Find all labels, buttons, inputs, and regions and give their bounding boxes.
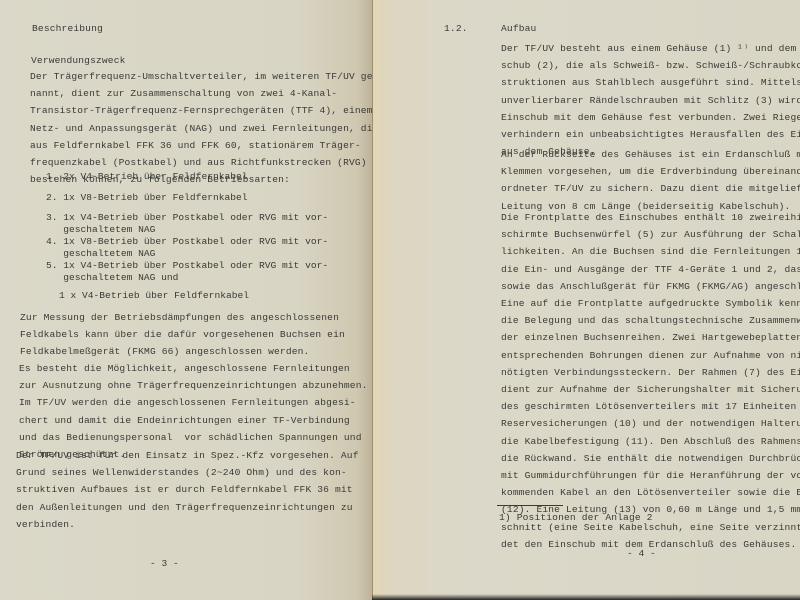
text-line: An der Rückseite des Gehäuses ist ein Er… <box>501 146 800 163</box>
right-page: 1.2. Aufbau Der TF/UV besteht aus einem … <box>372 0 800 600</box>
text-line: verhindern ein unbeabsichtigtes Herausfa… <box>501 126 800 143</box>
section-number: 1.2. <box>444 20 468 37</box>
text-line: Feldkabelmeßgerät (FKMG 66) angeschlosse… <box>20 343 345 360</box>
text-line: Grund seines Wellenwiderstandes (2~240 O… <box>16 464 359 481</box>
footnote-rule <box>497 505 563 506</box>
page-number-right: - 4 - <box>627 548 656 559</box>
text-line: Klemmen vorgesehen, um die Erdverbindung… <box>501 163 800 180</box>
footnote: 1) Positionen der Anlage 2 <box>499 509 653 526</box>
text-line: sowie das Anschlußgerät für FKMG (FKMG/A… <box>501 278 800 295</box>
text-line: mit Gummidurchführungen für die Heranfüh… <box>501 467 800 484</box>
section-title: Aufbau <box>501 20 536 37</box>
text-line: Der Trägerfrequenz-Umschaltverteiler, im… <box>30 68 379 85</box>
text-line: unverlierbarer Rändelschrauben mit Schli… <box>501 92 800 109</box>
text-line: den Außenleitungen und den Trägerfrequen… <box>16 499 359 516</box>
text-line: Eine auf die Frontplatte aufgedruckte Sy… <box>501 295 800 312</box>
list-item: 1 x V4-Betrieb über Feldfernkabel <box>59 290 249 302</box>
text-line: schub (2), die als Schweiß- bzw. Schweiß… <box>501 57 800 74</box>
page-bottom-shadow <box>372 594 800 600</box>
text-line: die Rückwand. Sie enthält die notwendige… <box>501 450 800 467</box>
text-line: und das Bedienungspersonal vor schädlich… <box>19 429 368 446</box>
housing-paragraph: Der TF/UV besteht aus einem Gehäuse (1) … <box>501 40 800 160</box>
text-line: dient zur Aufnahme der Sicherungshalter … <box>501 381 800 398</box>
text-line: chert und damit die Endeinrichtungen ein… <box>19 412 368 429</box>
text-line: Der TF/UV besteht aus einem Gehäuse (1) … <box>501 40 800 57</box>
text-line: die Ein- und Ausgänge der TTF 4-Geräte 1… <box>501 261 800 278</box>
text-line: Im TF/UV werden die angeschlossenen Fern… <box>19 394 368 411</box>
text-line: die Belegung und das schaltungstechnisch… <box>501 312 800 329</box>
text-line: verbinden. <box>16 516 359 533</box>
text-line: Reservesicherungen (10) und der notwendi… <box>501 415 800 432</box>
list-item: 3. 1x V4-Betrieb über Postkabel oder RVG… <box>46 212 328 237</box>
text-line: Der TF/UV ist für den Einsatz in Spez.-K… <box>16 447 359 464</box>
usage-paragraph: Der TF/UV ist für den Einsatz in Spez.-K… <box>16 447 359 533</box>
text-line: struktionen aus Stahlblech ausgeführt si… <box>501 74 800 91</box>
text-line: Zur Messung der Betriebsdämpfungen des a… <box>20 309 345 326</box>
list-item: 5. 1x V4-Betrieb über Postkabel oder RVG… <box>46 260 328 285</box>
text-line: Netz- und Anpassungsgerät (NAG) und zwei… <box>30 120 379 137</box>
text-line: aus Feldfernkabel FFK 36 und FFK 60, sta… <box>30 137 379 154</box>
page-number-left: - 3 - <box>150 558 179 569</box>
text-line: Feldkabels kann über die dafür vorgesehe… <box>20 326 345 343</box>
subheading-verwendungszweck: Verwendungszweck <box>31 52 126 69</box>
text-line: schirmte Buchsenwürfel (5) zur Ausführun… <box>501 226 800 243</box>
text-line: struktiven Aufbaues ist er durch Feldfer… <box>16 481 359 498</box>
text-line: Einschub mit dem Gehäuse fest verbunden.… <box>501 109 800 126</box>
text-line: Die Frontplatte des Einschubes enthält 1… <box>501 209 800 226</box>
text-line: die Kabelbefestigung (11). Den Abschluß … <box>501 433 800 450</box>
ground-paragraph: An der Rückseite des Gehäuses ist ein Er… <box>501 146 800 215</box>
left-page: Beschreibung Verwendungszweck Der Träger… <box>0 0 372 600</box>
text-line: kommenden Kabel an den Lötösenverteiler … <box>501 484 800 501</box>
text-line: frequenzkabel (Postkabel) und aus Richtf… <box>30 154 379 171</box>
text-line: nannt, dient zur Zusammenschaltung von z… <box>30 85 379 102</box>
text-line: zur Ausnutzung ohne Trägerfrequenzeinric… <box>19 377 368 394</box>
list-item: 2. 1x V8-Betrieb über Feldfernkabel <box>46 192 248 204</box>
text-line: ordneter TF/UV zu sichern. Dazu dient di… <box>501 180 800 197</box>
text-line: Es besteht die Möglichkeit, angeschlosse… <box>19 360 368 377</box>
text-line: Transistor-Trägerfrequenz-Fernsprechgerä… <box>30 102 379 119</box>
text-line: entsprechenden Bohrungen dienen zur Aufn… <box>501 347 800 364</box>
front-panel-paragraph: Die Frontplatte des Einschubes enthält 1… <box>501 209 800 553</box>
list-item: 4. 1x V8-Betrieb über Postkabel oder RVG… <box>46 236 328 261</box>
text-line: des geschirmten Lötösenverteilers mit 17… <box>501 398 800 415</box>
text-line: nötigten Verbindungssteckern. Der Rahmen… <box>501 364 800 381</box>
list-item: 1. 2x V4-Betrieb über Feldfernkabel <box>46 171 248 183</box>
text-line: lichkeiten. An die Buchsen sind die Fern… <box>501 243 800 260</box>
heading-beschreibung: Beschreibung <box>32 20 103 37</box>
text-line: der einzelnen Buchsenreihen. Zwei Hartge… <box>501 329 800 346</box>
measurement-paragraph: Zur Messung der Betriebsdämpfungen des a… <box>20 309 345 361</box>
